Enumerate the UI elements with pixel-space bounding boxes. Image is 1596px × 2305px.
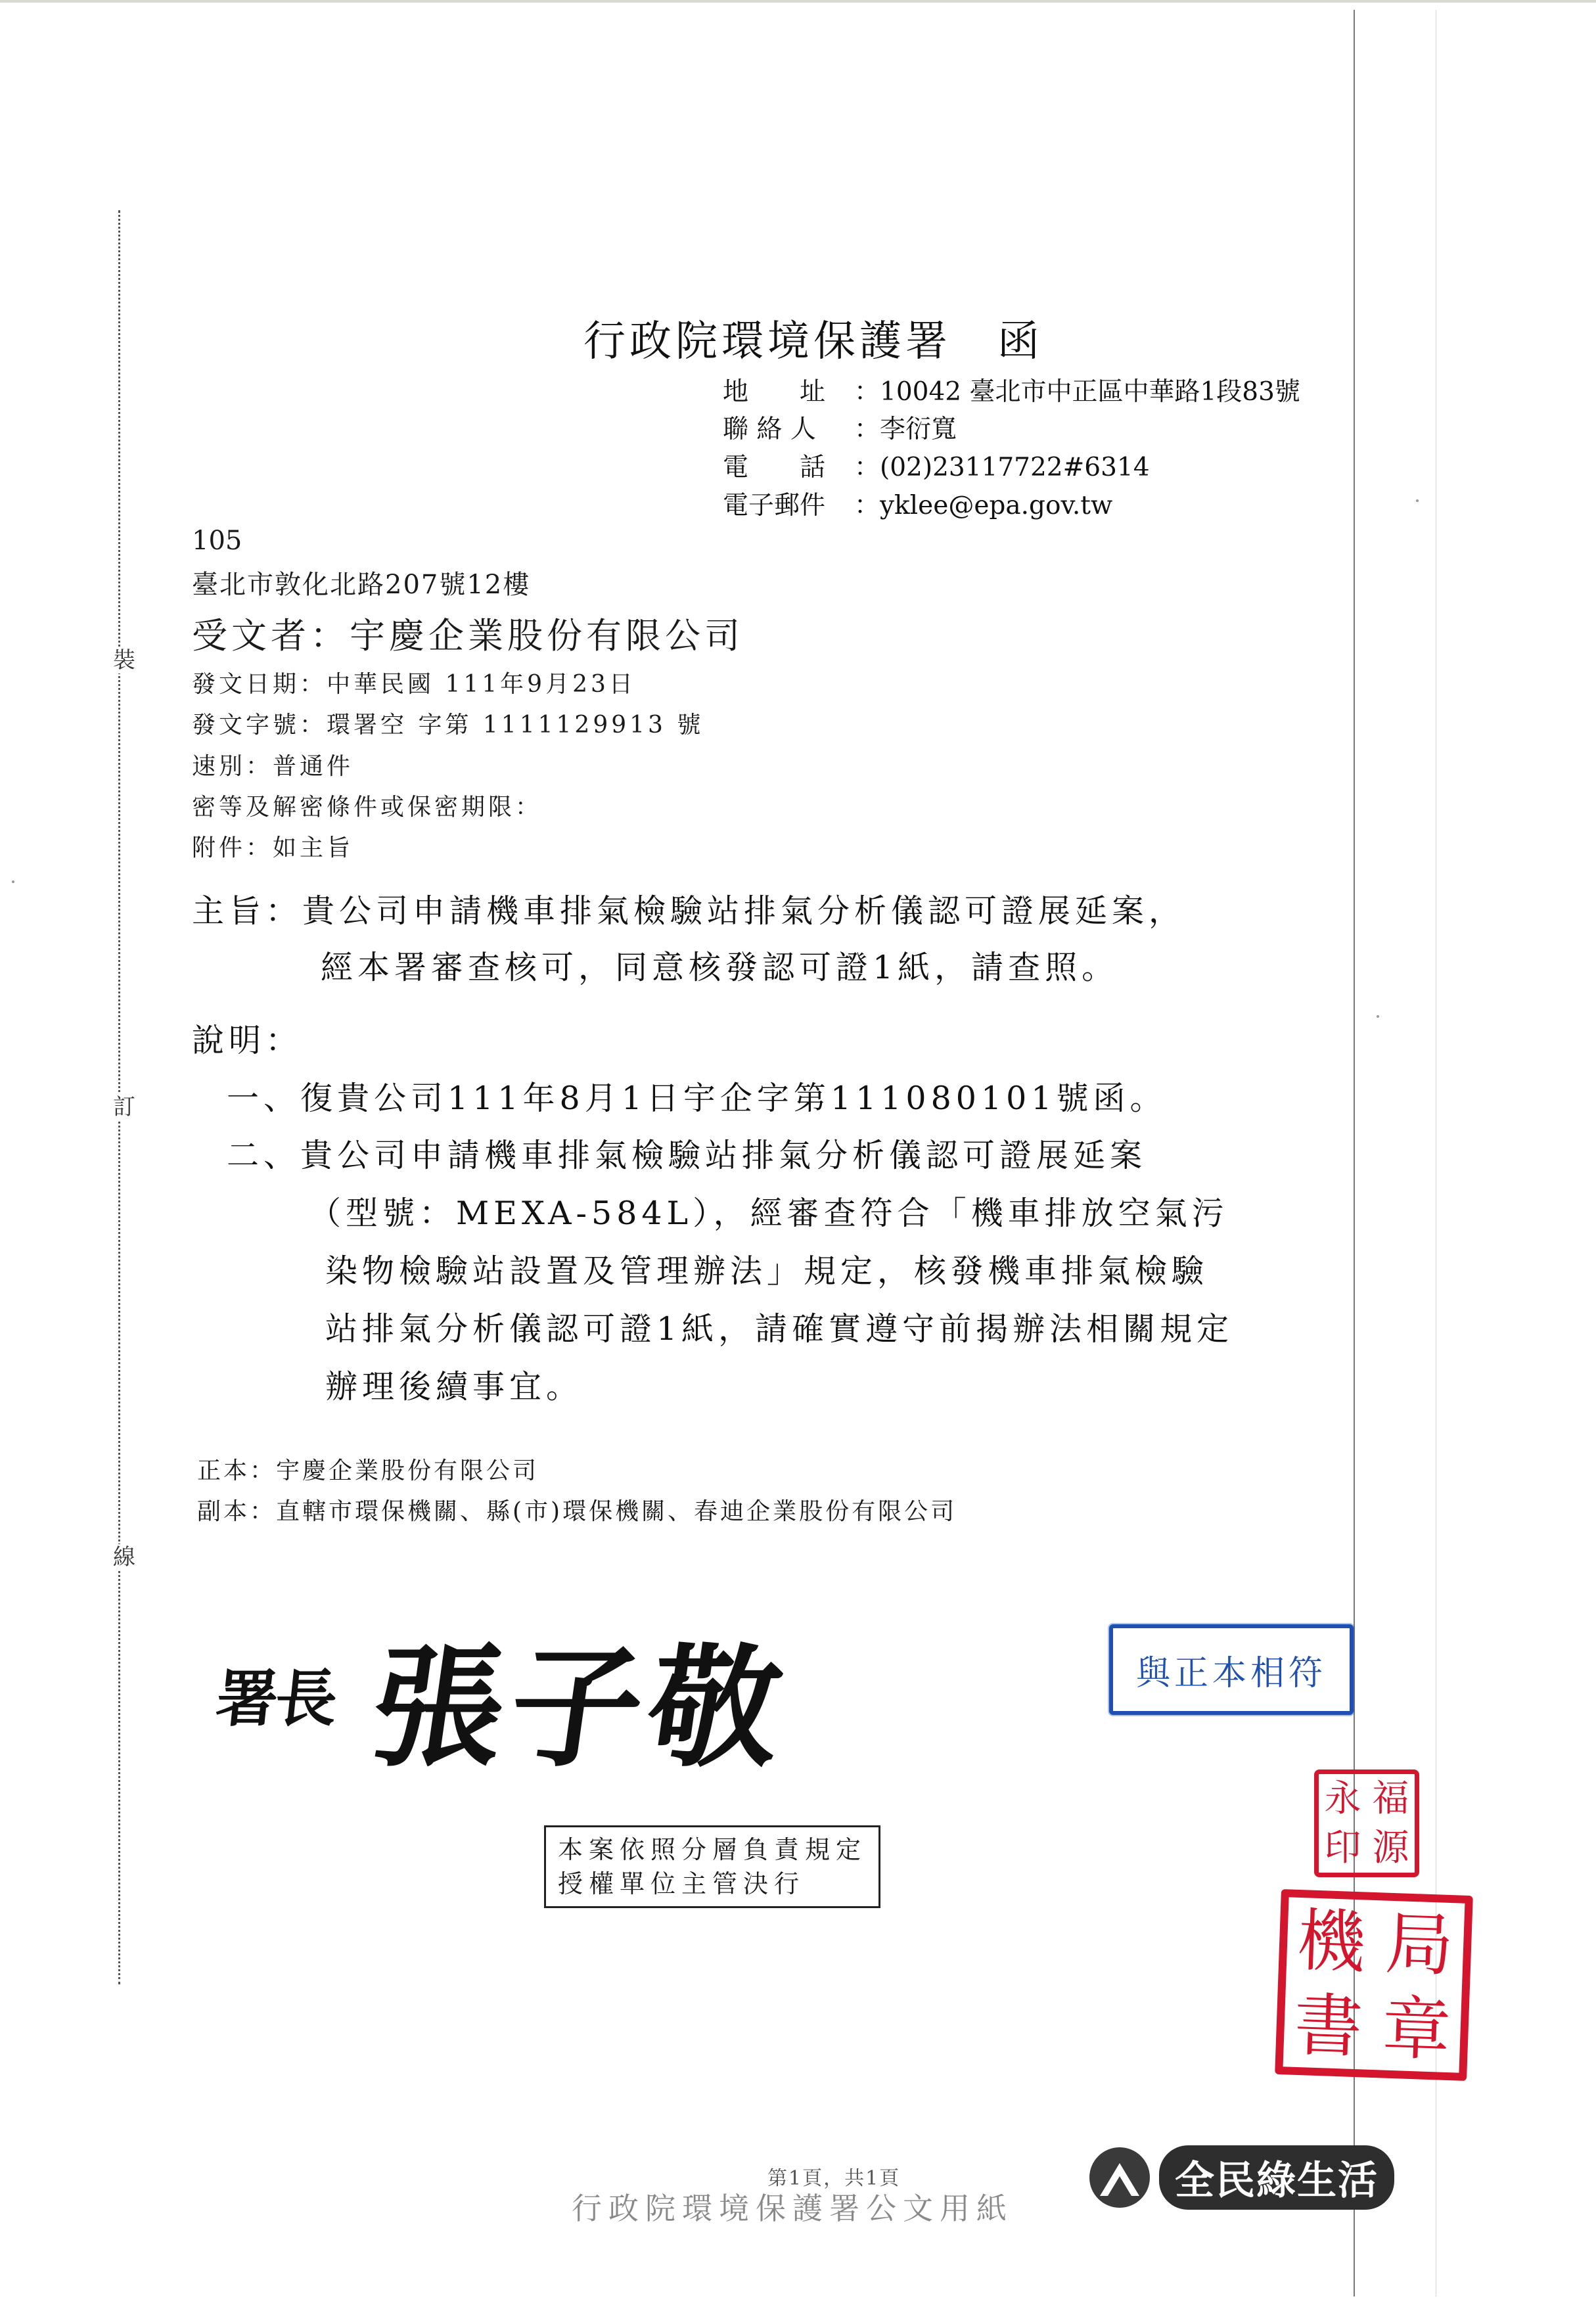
green-living-logo: 全民綠生活 (1089, 2145, 1394, 2210)
copies-label: 副本： (197, 1498, 276, 1525)
contact-value: (02)23117722#6314 (880, 453, 1150, 482)
contact-sep: ： (854, 377, 880, 407)
meta-classification: 密等及解密條件或保密期限： (192, 788, 542, 822)
conformity-stamp: 與正本相符 (1109, 1624, 1354, 1715)
meta-value: 如主旨 (273, 834, 353, 861)
signatory-title: 署長 (212, 1649, 340, 1738)
meta-label: 發文日期： (192, 671, 327, 698)
meta-value: 環署空 字第 1111129913 號 (327, 712, 704, 739)
meta-label: 附件： (192, 834, 273, 861)
seal-glyph: 印 (1319, 1830, 1367, 1867)
seal-glyph: 章 (1371, 1993, 1462, 2065)
seal-stamp-official: 機 局 書 章 (1275, 1889, 1473, 2081)
seal-glyph: 永 (1319, 1781, 1367, 1817)
subject-text: 貴公司申請機車排氣檢驗站排氣分析儀認可證展延案， (302, 892, 1185, 930)
meta-label: 密等及解密條件或保密期限： (192, 794, 542, 821)
seal-glyph: 源 (1367, 1830, 1415, 1867)
meta-attachment: 附件：如主旨 (192, 829, 353, 863)
contact-sep: ： (854, 415, 880, 444)
seal-glyph: 局 (1374, 1909, 1465, 1980)
subject-label: 主旨： (192, 892, 302, 930)
item-marker: 一、 (227, 1080, 300, 1117)
document-title: 行政院環境保護署 函 (583, 308, 1043, 368)
meta-urgency: 速別：普通件 (192, 748, 353, 781)
logo-text: 全民綠生活 (1159, 2145, 1394, 2210)
signatory-name: 張子敬 (361, 1603, 802, 1792)
contact-label: 電 話 (723, 447, 854, 484)
original-value: 宇慶企業股份有限公司 (276, 1457, 539, 1484)
binding-mark-xian: 線 (113, 1544, 135, 1570)
subject-line-2: 經本署審查核可，同意核發認可證1紙，請查照。 (321, 942, 1118, 988)
contact-address: 地 址：10042 臺北市中正區中華路1段83號 (723, 371, 1300, 408)
meta-label: 速別： (192, 753, 273, 780)
meta-value: 普通件 (273, 753, 353, 780)
item-text: 復貴公司111年8月1日宇企字第111080101號函。 (300, 1080, 1166, 1117)
seal-stamp-small: 永 福 印 源 (1314, 1769, 1419, 1877)
meta-date: 發文日期：中華民國 111年9月23日 (192, 666, 636, 699)
original-label: 正本： (197, 1457, 276, 1484)
scan-speck (12, 880, 14, 883)
original-recipient: 正本：宇慶企業股份有限公司 (197, 1452, 539, 1486)
letterhead-footer: 行政院環境保護署公文用紙 (572, 2185, 1013, 2228)
explanation-item-2-line-5: 辦理後續事宜。 (325, 1361, 583, 1407)
seal-glyph: 福 (1367, 1781, 1415, 1817)
item-marker: 二、 (227, 1137, 300, 1174)
contact-value: yklee@epa.gov.tw (880, 491, 1112, 520)
mountain-logo-icon (1089, 2147, 1150, 2208)
contact-email: 電子郵件：yklee@epa.gov.tw (723, 485, 1112, 522)
receiver-label: 受文者： (192, 615, 350, 656)
seal-glyph: 書 (1283, 1990, 1374, 2062)
meta-value: 中華民國 111年9月23日 (327, 671, 636, 698)
explanation-item-2-line-4: 站排氣分析儀認可證1紙，請確實遵守前揭辦法相關規定 (325, 1304, 1233, 1350)
binding-mark-zhuang: 裝 (113, 647, 135, 673)
explanation-item-2-line-1: 二、貴公司申請機車排氣檢驗站排氣分析儀認可證展延案 (227, 1130, 1147, 1176)
contact-label: 地 址 (723, 371, 854, 408)
meta-label: 發文字號： (192, 712, 327, 739)
binding-mark-ding: 訂 (113, 1094, 135, 1120)
contact-label: 聯 絡 人 (723, 409, 854, 445)
explanation-item-2-line-3: 染物檢驗站設置及管理辦法」規定，核發機車排氣檢驗 (325, 1246, 1208, 1292)
postal-code: 105 (192, 526, 242, 556)
scan-speck (1377, 1015, 1379, 1018)
explanation-item-2-line-2: （型號：MEXA-584L），經審查符合「機車排放空氣污 (309, 1188, 1229, 1234)
contact-label: 電子郵件 (723, 485, 854, 522)
contact-value: 10042 臺北市中正區中華路1段83號 (880, 377, 1300, 407)
contact-person: 聯 絡 人：李衍寬 (723, 409, 957, 445)
receiver-line: 受文者：宇慶企業股份有限公司 (192, 608, 744, 658)
copy-recipients: 副本：直轄市環保機關、縣(市)環保機關、春迪企業股份有限公司 (197, 1493, 957, 1526)
explanation-item-1: 一、復貴公司111年8月1日宇企字第111080101號函。 (227, 1073, 1166, 1119)
meta-doc-number: 發文字號：環署空 字第 1111129913 號 (192, 706, 704, 740)
contact-sep: ： (854, 453, 880, 482)
delegation-line-2: 授權單位主管決行 (558, 1867, 867, 1901)
delegation-box: 本案依照分層負責規定 授權單位主管決行 (544, 1825, 880, 1908)
contact-phone: 電 話：(02)23117722#6314 (723, 447, 1150, 484)
scan-speck (1416, 499, 1419, 502)
recipient-address: 臺北市敦化北路207號12樓 (192, 564, 530, 601)
subject-line-1: 主旨：貴公司申請機車排氣檢驗站排氣分析儀認可證展延案， (192, 886, 1185, 932)
item-text: 貴公司申請機車排氣檢驗站排氣分析儀認可證展延案 (300, 1137, 1147, 1174)
explanation-label: 說明： (192, 1015, 302, 1061)
contact-sep: ： (854, 491, 880, 520)
receiver-name: 宇慶企業股份有限公司 (350, 615, 744, 656)
scan-edge (0, 0, 1596, 3)
delegation-line-1: 本案依照分層負責規定 (558, 1833, 867, 1867)
copies-value: 直轄市環保機關、縣(市)環保機關、春迪企業股份有限公司 (276, 1498, 957, 1525)
seal-glyph: 機 (1287, 1906, 1377, 1977)
contact-value: 李衍寬 (880, 415, 957, 444)
